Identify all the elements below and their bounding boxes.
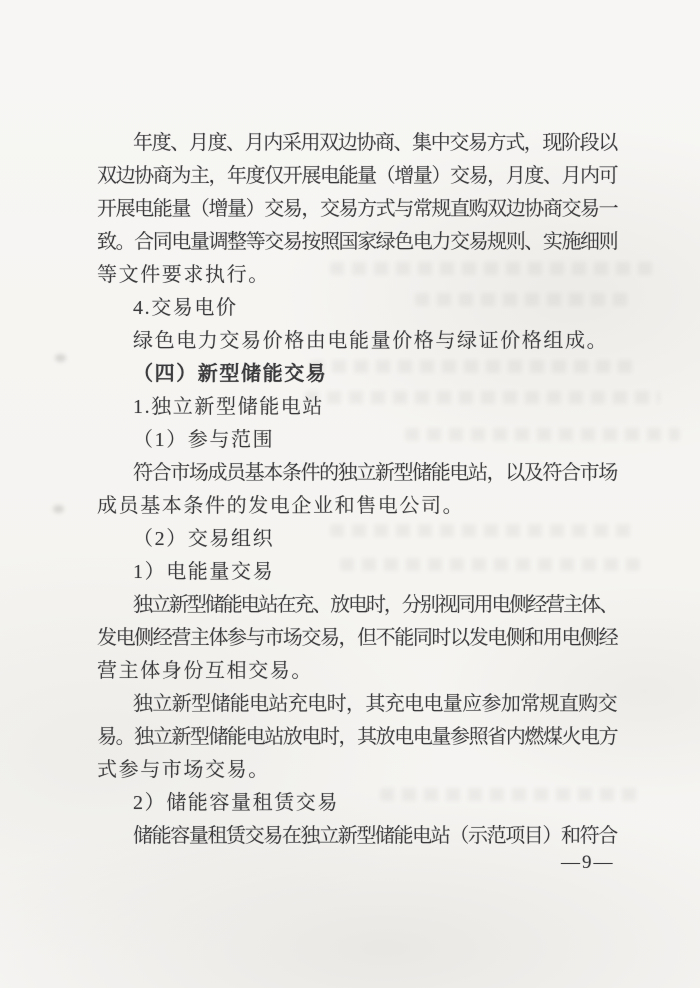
scan-speck: [55, 354, 66, 362]
scan-speck: [53, 505, 64, 513]
text-line: 等文件要求执行。: [97, 259, 617, 292]
document-body: 年度、月度、月内采用双边协商、集中交易方式，现阶段以双边协商为主，年度仅开展电能…: [97, 127, 617, 853]
text-line: （1）参与范围: [97, 424, 617, 457]
text-line: 易。独立新型储能电站放电时，其放电电量参照省内燃煤火电方: [97, 721, 617, 754]
text-line: 4.交易电价: [97, 292, 617, 325]
text-line: 1）电能量交易: [97, 556, 617, 589]
page-number: —9—: [561, 852, 615, 874]
text-line: 1.独立新型储能电站: [97, 391, 617, 424]
text-line: 致。合同电量调整等交易按照国家绿色电力交易规则、实施细则: [97, 226, 617, 259]
text-line: 营主体身份互相交易。: [97, 655, 617, 688]
text-line: 2）储能容量租赁交易: [97, 787, 617, 820]
text-line: 双边协商为主，年度仅开展电能量（增量）交易，月度、月内可: [97, 160, 617, 193]
text-line: 式参与市场交易。: [97, 754, 617, 787]
text-line: 发电侧经营主体参与市场交易，但不能同时以发电侧和用电侧经: [97, 622, 617, 655]
text-line: 年度、月度、月内采用双边协商、集中交易方式，现阶段以: [97, 127, 617, 160]
text-line: 绿色电力交易价格由电能量价格与绿证价格组成。: [97, 325, 617, 358]
text-line: （四）新型储能交易: [97, 358, 617, 391]
text-line: （2）交易组织: [97, 523, 617, 556]
text-line: 独立新型储能电站充电时，其充电电量应参加常规直购交: [97, 688, 617, 721]
text-line: 独立新型储能电站在充、放电时，分别视同用电侧经营主体、: [97, 589, 617, 622]
text-line: 储能容量租赁交易在独立新型储能电站（示范项目）和符合: [97, 820, 617, 853]
text-line: 成员基本条件的发电企业和售电公司。: [97, 490, 617, 523]
text-line: 符合市场成员基本条件的独立新型储能电站，以及符合市场: [97, 457, 617, 490]
text-line: 开展电能量（增量）交易，交易方式与常规直购双边协商交易一: [97, 193, 617, 226]
document-page: 年度、月度、月内采用双边协商、集中交易方式，现阶段以双边协商为主，年度仅开展电能…: [0, 0, 700, 988]
